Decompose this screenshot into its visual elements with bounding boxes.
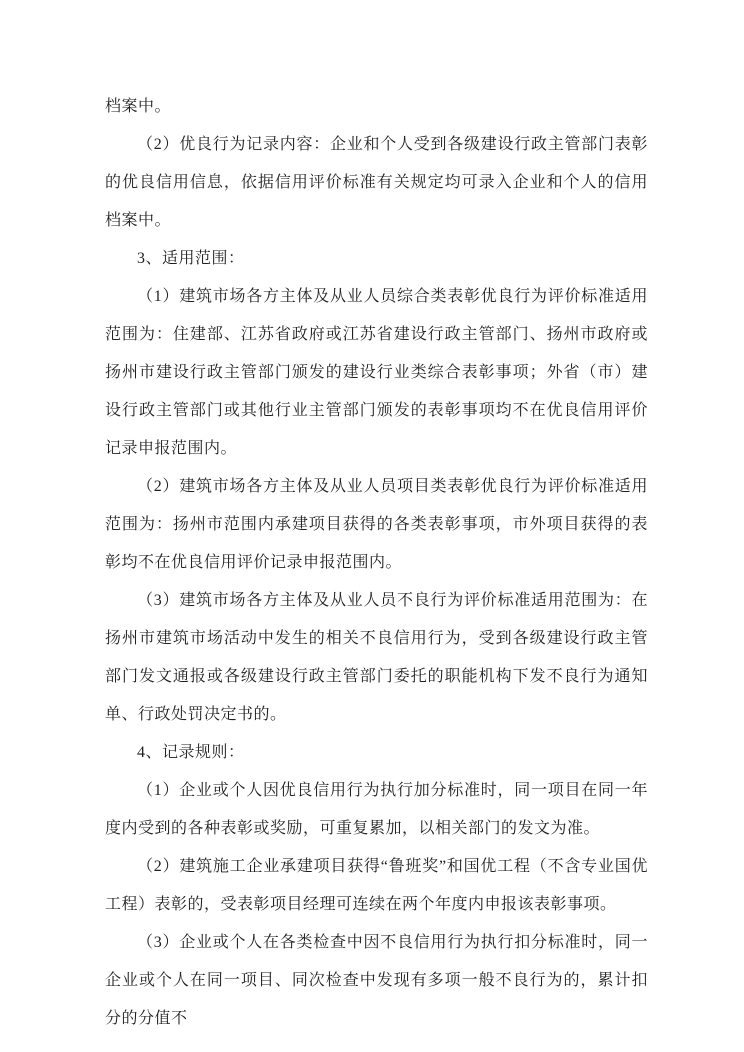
paragraph-good-record-content: （2）优良行为记录内容：企业和个人受到各级建设行政主管部门表彰的优良信用信息，依… bbox=[105, 126, 648, 240]
heading-record-rules: 4、记录规则： bbox=[105, 734, 648, 772]
paragraph-rule-item-3: （3）企业或个人在各类检查中因不良信用行为执行扣分标准时，同一企业或个人在同一项… bbox=[105, 924, 648, 1038]
document-body: 档案中。 （2）优良行为记录内容：企业和个人受到各级建设行政主管部门表彰的优良信… bbox=[105, 88, 648, 1038]
heading-scope: 3、适用范围： bbox=[105, 240, 648, 278]
document-page: 档案中。 （2）优良行为记录内容：企业和个人受到各级建设行政主管部门表彰的优良信… bbox=[0, 0, 744, 1052]
paragraph-rule-item-2: （2）建筑施工企业承建项目获得“鲁班奖”和国优工程（不含专业国优工程）表彰的，受… bbox=[105, 848, 648, 924]
paragraph-continuation: 档案中。 bbox=[105, 88, 648, 126]
paragraph-scope-item-1: （1）建筑市场各方主体及从业人员综合类表彰优良行为评价标准适用范围为：住建部、江… bbox=[105, 278, 648, 468]
paragraph-scope-item-2: （2）建筑市场各方主体及从业人员项目类表彰优良行为评价标准适用范围为：扬州市范围… bbox=[105, 468, 648, 582]
paragraph-scope-item-3: （3）建筑市场各方主体及从业人员不良行为评价标准适用范围为：在扬州市建筑市场活动… bbox=[105, 582, 648, 734]
paragraph-rule-item-1: （1）企业或个人因优良信用行为执行加分标准时，同一项目在同一年度内受到的各种表彰… bbox=[105, 772, 648, 848]
